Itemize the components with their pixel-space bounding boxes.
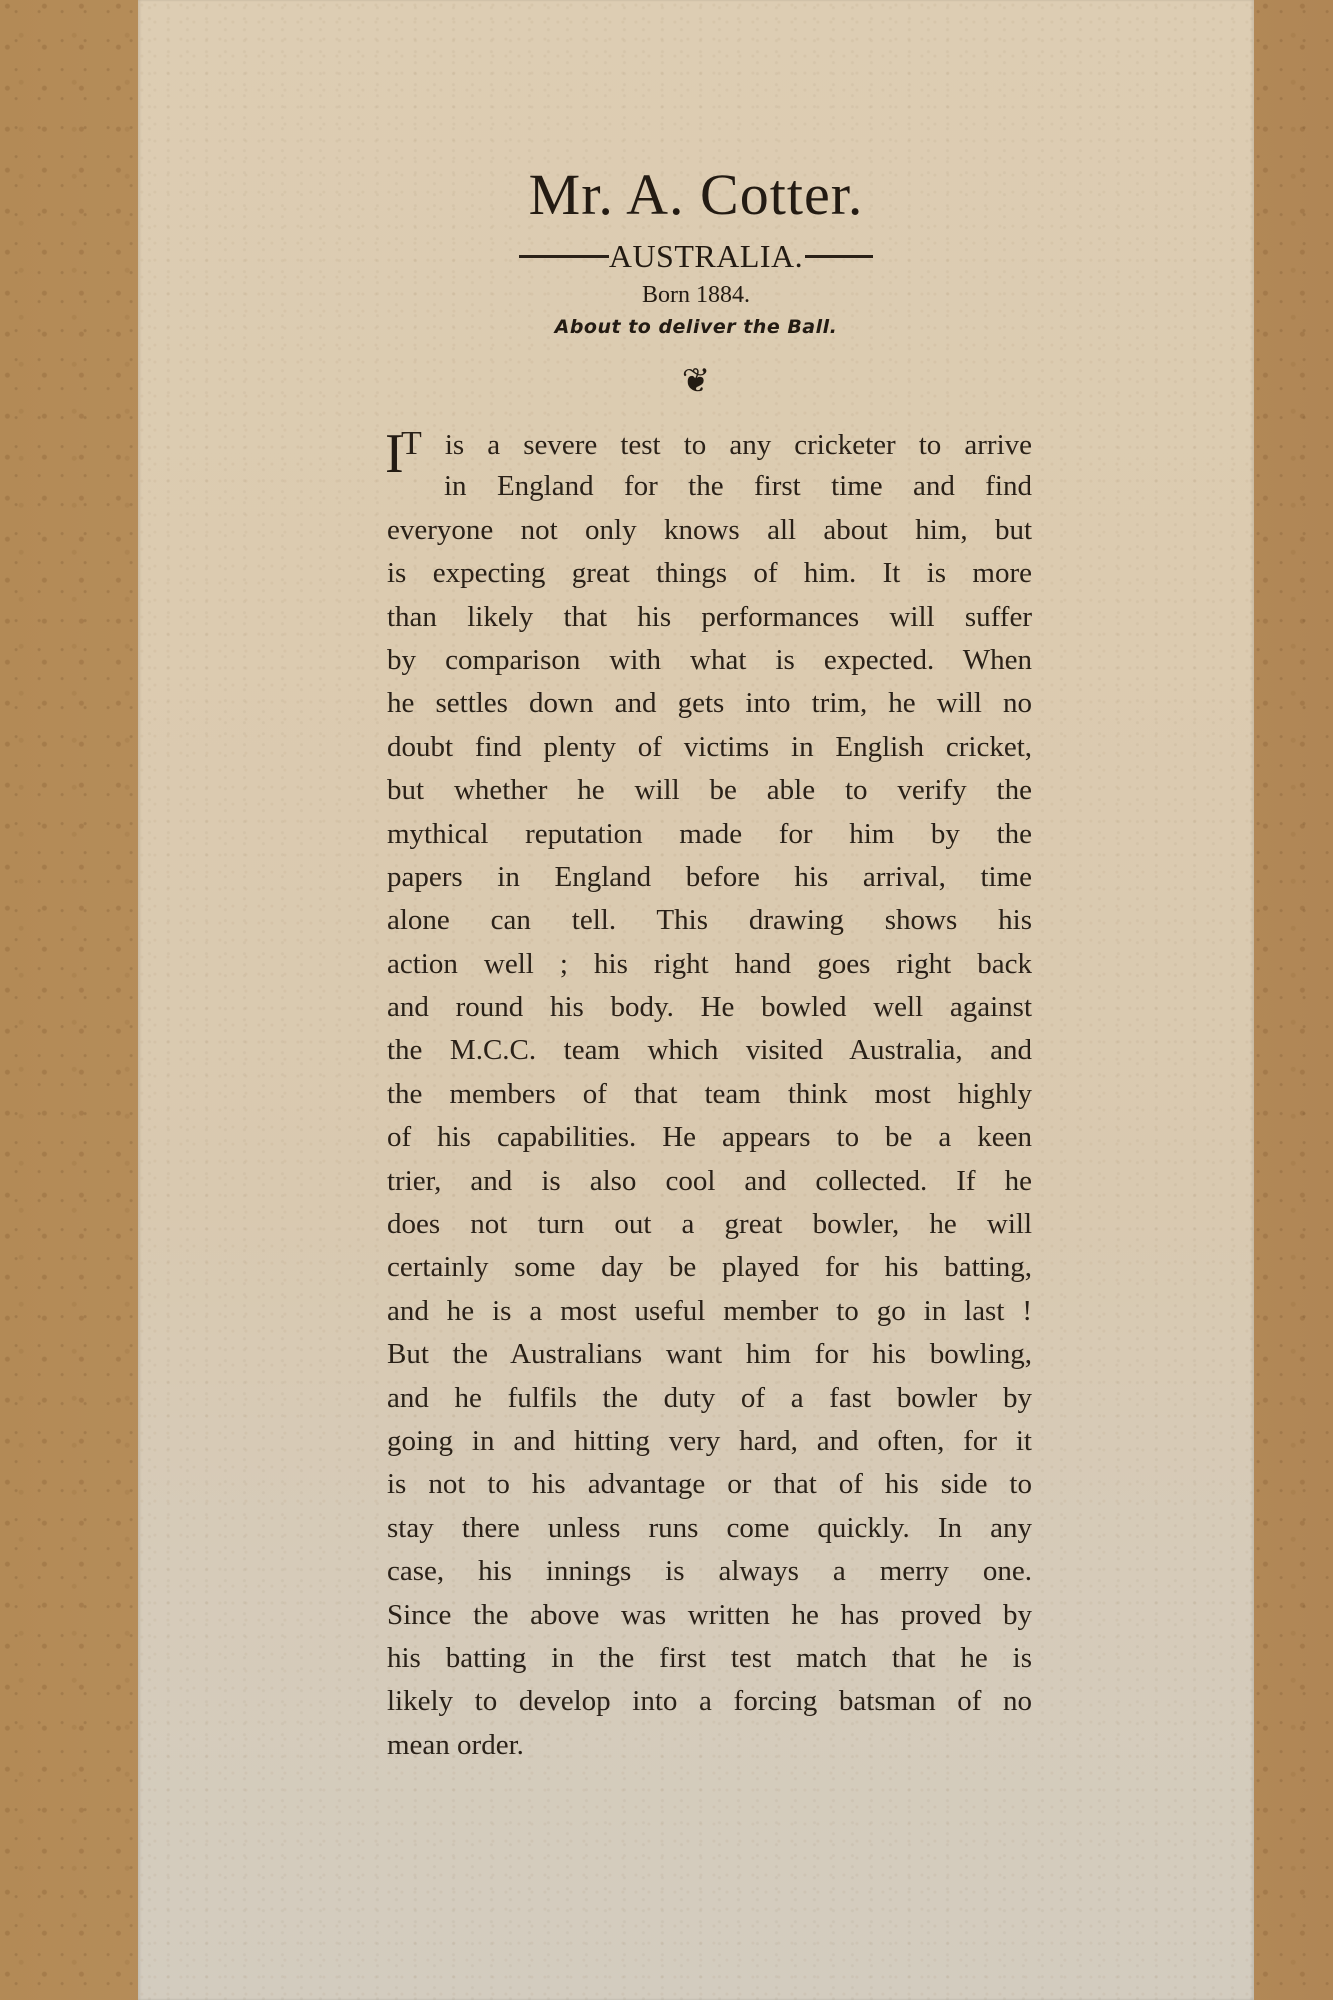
text-line: mean order. bbox=[387, 1724, 1032, 1767]
text-line: than likely that his performances will s… bbox=[387, 596, 1032, 639]
first-line-cap: T bbox=[401, 425, 422, 462]
text-line: and round his body. He bowled well again… bbox=[387, 986, 1032, 1029]
rule-right bbox=[805, 255, 873, 258]
text-line: action well ; his right hand goes right … bbox=[387, 943, 1032, 986]
text-line: But the Australians want him for his bow… bbox=[387, 1333, 1032, 1376]
text-line: is expecting great things of him. It is … bbox=[387, 552, 1032, 595]
text-line: doubt find plenty of victims in English … bbox=[387, 726, 1032, 769]
text-line: he settles down and gets into trim, he w… bbox=[387, 682, 1032, 725]
text-line: alone can tell. This drawing shows his bbox=[387, 899, 1032, 942]
text-line: does not turn out a great bowler, he wil… bbox=[387, 1203, 1032, 1246]
text-line: in England for the first time and find bbox=[387, 465, 1032, 508]
text-line-content: is a severe test to any cricketer to arr… bbox=[422, 429, 1032, 461]
text-line: trier, and is also cool and collected. I… bbox=[387, 1160, 1032, 1203]
acorn-fleuron-icon: ❦ bbox=[138, 362, 1254, 402]
text-line: but whether he will be able to verify th… bbox=[387, 769, 1032, 812]
cardboard-mount-left bbox=[0, 0, 138, 2000]
illustration-caption: About to deliver the Ball. bbox=[138, 314, 1254, 340]
text-line: going in and hitting very hard, and ofte… bbox=[387, 1420, 1032, 1463]
text-line: everyone not only knows all about him, b… bbox=[387, 509, 1032, 552]
biography-text: I T is a severe test to any cricketer to… bbox=[387, 422, 1032, 1767]
paper-sheet: Mr. A. Cotter. AUSTRALIA. Born 1884. Abo… bbox=[138, 0, 1254, 2000]
birth-year: Born 1884. bbox=[138, 280, 1254, 310]
text-line: mythical reputation made for him by the bbox=[387, 813, 1032, 856]
text-line: Since the above was written he has prove… bbox=[387, 1594, 1032, 1637]
text-line: the members of that team think most high… bbox=[387, 1073, 1032, 1116]
text-line: is not to his advantage or that of his s… bbox=[387, 1463, 1032, 1506]
drop-cap: I bbox=[385, 426, 404, 482]
text-line: of his capabilities. He appears to be a … bbox=[387, 1116, 1032, 1159]
rule-left bbox=[519, 255, 609, 258]
text-line: the M.C.C. team which visited Australia,… bbox=[387, 1029, 1032, 1072]
text-line: and he is a most useful member to go in … bbox=[387, 1290, 1032, 1333]
country-heading: AUSTRALIA. bbox=[138, 236, 1254, 276]
cardboard-mount-right bbox=[1254, 0, 1333, 2000]
text-line: stay there unless runs come quickly. In … bbox=[387, 1507, 1032, 1550]
text-line: T is a severe test to any cricketer to a… bbox=[387, 422, 1032, 465]
text-line: case, his innings is always a merry one. bbox=[387, 1550, 1032, 1593]
text-line: his batting in the first test match that… bbox=[387, 1637, 1032, 1680]
page-title: Mr. A. Cotter. bbox=[138, 160, 1254, 230]
text-line: and he fulfils the duty of a fast bowler… bbox=[387, 1377, 1032, 1420]
country-label: AUSTRALIA. bbox=[609, 236, 803, 276]
text-line: certainly some day be played for his bat… bbox=[387, 1246, 1032, 1289]
text-line: papers in England before his arrival, ti… bbox=[387, 856, 1032, 899]
text-line: by comparison with what is expected. Whe… bbox=[387, 639, 1032, 682]
text-line: likely to develop into a forcing batsman… bbox=[387, 1680, 1032, 1723]
